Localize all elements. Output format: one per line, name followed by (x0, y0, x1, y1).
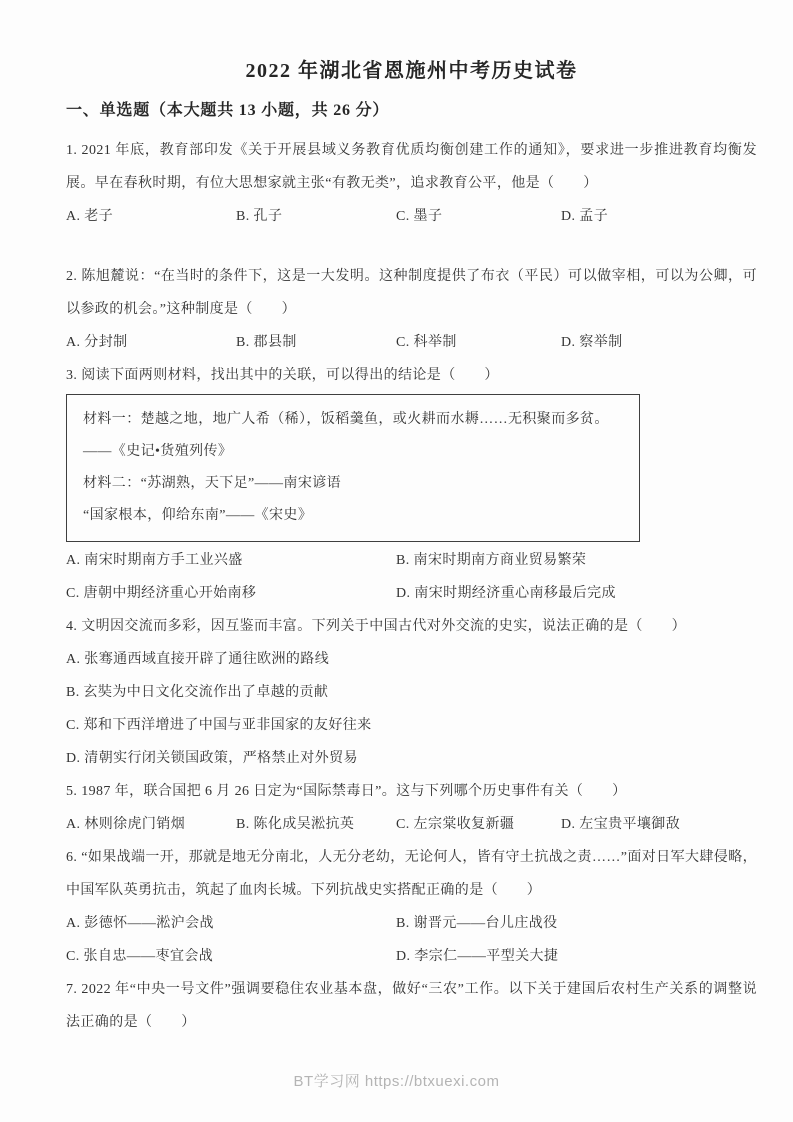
material-source-1: ——《史记•货殖列传》 (83, 436, 623, 468)
option-d: D. 孟子 (561, 200, 608, 233)
question-6: 6. “如果战端一开，那就是地无分南北，人无分老幼，无论何人，皆有守土抗战之责…… (66, 841, 757, 973)
question-3-options-row-2: C. 唐朝中期经济重心开始南移 D. 南宋时期经济重心南移最后完成 (66, 577, 757, 610)
question-4-stem: 4. 文明因交流而多彩，因互鉴而丰富。下列关于中国古代对外交流的史实，说法正确的… (66, 610, 757, 643)
option-d: D. 李宗仁——平型关大捷 (396, 940, 558, 973)
option-a: A. 张骞通西域直接开辟了通往欧洲的路线 (66, 643, 757, 676)
question-5-options: A. 林则徐虎门销烟 B. 陈化成吴淞抗英 C. 左宗棠收复新疆 D. 左宝贵平… (66, 808, 757, 841)
option-c: C. 左宗棠收复新疆 (396, 808, 561, 841)
footer-watermark-link[interactable]: BT学习网 https://btxuexi.com (294, 1073, 500, 1090)
question-7-stem: 7. 2022 年“中央一号文件”强调要稳住农业基本盘，做好“三农”工作。以下关… (66, 973, 757, 1039)
option-d: D. 左宝贵平壤御敌 (561, 808, 680, 841)
section-heading: 一、单选题（本大题共 13 小题，共 26 分） (66, 96, 757, 126)
option-d: D. 南宋时期经济重心南移最后完成 (396, 577, 616, 610)
option-c: C. 郑和下西洋增进了中国与亚非国家的友好往来 (66, 709, 757, 742)
material-source-2: “国家根本，仰给东南”——《宋史》 (83, 500, 623, 532)
option-a: A. 林则徐虎门销烟 (66, 808, 236, 841)
option-c: C. 墨子 (396, 200, 561, 233)
question-1-stem: 1. 2021 年底，教育部印发《关于开展县域义务教育优质均衡创建工作的通知》，… (66, 134, 757, 200)
option-a: A. 分封制 (66, 326, 236, 359)
question-3: 3. 阅读下面两则材料，找出其中的关联，可以得出的结论是（ ） 材料一：楚越之地… (66, 359, 757, 610)
option-b: B. 谢晋元——台儿庄战役 (396, 907, 558, 940)
option-b: B. 郡县制 (236, 326, 396, 359)
option-b: B. 孔子 (236, 200, 396, 233)
material-line-1: 材料一：楚越之地，地广人希（稀），饭稻羹鱼，或火耕而水耨……无积聚而多贫。 (83, 404, 623, 436)
exam-paper-page: 2022 年湖北省恩施州中考历史试卷 一、单选题（本大题共 13 小题，共 26… (0, 0, 793, 1122)
question-6-options-row-2: C. 张自忠——枣宜会战 D. 李宗仁——平型关大捷 (66, 940, 757, 973)
option-c: C. 科举制 (396, 326, 561, 359)
option-d: D. 察举制 (561, 326, 623, 359)
question-5-stem: 5. 1987 年，联合国把 6 月 26 日定为“国际禁毒日”。这与下列哪个历… (66, 775, 757, 808)
option-c: C. 张自忠——枣宜会战 (66, 940, 396, 973)
question-7: 7. 2022 年“中央一号文件”强调要稳住农业基本盘，做好“三农”工作。以下关… (66, 973, 757, 1039)
option-d: D. 清朝实行闭关锁国政策，严格禁止对外贸易 (66, 742, 757, 775)
spacer (66, 233, 757, 260)
question-1: 1. 2021 年底，教育部印发《关于开展县域义务教育优质均衡创建工作的通知》，… (66, 134, 757, 233)
option-b: B. 陈化成吴淞抗英 (236, 808, 396, 841)
question-4: 4. 文明因交流而多彩，因互鉴而丰富。下列关于中国古代对外交流的史实，说法正确的… (66, 610, 757, 775)
material-box: 材料一：楚越之地，地广人希（稀），饭稻羹鱼，或火耕而水耨……无积聚而多贫。 ——… (66, 394, 640, 542)
question-6-options-row-1: A. 彭德怀——淞沪会战 B. 谢晋元——台儿庄战役 (66, 907, 757, 940)
question-3-stem: 3. 阅读下面两则材料，找出其中的关联，可以得出的结论是（ ） (66, 359, 757, 392)
option-a: A. 南宋时期南方手工业兴盛 (66, 544, 396, 577)
question-3-options-row-1: A. 南宋时期南方手工业兴盛 B. 南宋时期南方商业贸易繁荣 (66, 544, 757, 577)
option-b: B. 玄奘为中日文化交流作出了卓越的贡献 (66, 676, 757, 709)
option-b: B. 南宋时期南方商业贸易繁荣 (396, 544, 586, 577)
material-line-2: 材料二：“苏湖熟，天下足”——南宋谚语 (83, 468, 623, 500)
question-2-options: A. 分封制 B. 郡县制 C. 科举制 D. 察举制 (66, 326, 757, 359)
page-title: 2022 年湖北省恩施州中考历史试卷 (66, 56, 757, 86)
question-5: 5. 1987 年，联合国把 6 月 26 日定为“国际禁毒日”。这与下列哪个历… (66, 775, 757, 841)
question-1-options: A. 老子 B. 孔子 C. 墨子 D. 孟子 (66, 200, 757, 233)
footer-watermark: BT学习网 https://btxuexi.com (0, 1072, 793, 1092)
option-a: A. 老子 (66, 200, 236, 233)
option-a: A. 彭德怀——淞沪会战 (66, 907, 396, 940)
question-2-stem: 2. 陈旭麓说：“在当时的条件下，这是一大发明。这种制度提供了布衣（平民）可以做… (66, 260, 757, 326)
option-c: C. 唐朝中期经济重心开始南移 (66, 577, 396, 610)
page-content: 2022 年湖北省恩施州中考历史试卷 一、单选题（本大题共 13 小题，共 26… (66, 56, 757, 1039)
question-6-stem: 6. “如果战端一开，那就是地无分南北，人无分老幼，无论何人，皆有守土抗战之责…… (66, 841, 757, 907)
question-2: 2. 陈旭麓说：“在当时的条件下，这是一大发明。这种制度提供了布衣（平民）可以做… (66, 260, 757, 359)
